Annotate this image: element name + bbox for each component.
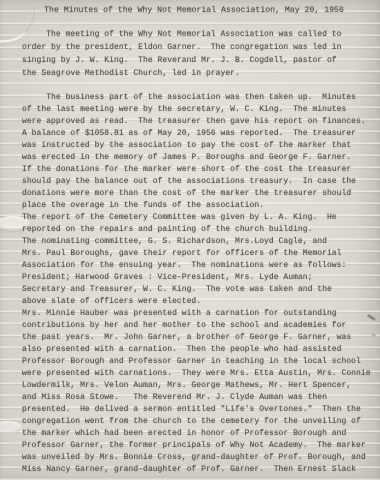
document-title: The Minutes of the Why Not Memorial Asso… xyxy=(22,4,366,17)
typed-text-content: The Minutes of the Why Not Memorial Asso… xyxy=(22,0,366,476)
text-line: The meeting of the Why Not Memorial Asso… xyxy=(22,28,366,41)
smudge-mark xyxy=(367,314,376,321)
paragraph-business: The business part of the association was… xyxy=(22,92,366,476)
text-line: Association for the ensuing year. The no… xyxy=(22,260,366,272)
text-line: also presented with a carnation. Then th… xyxy=(22,344,366,356)
text-line: should pay the balance out of the associ… xyxy=(22,176,366,188)
smudge-mark-small xyxy=(371,333,376,337)
text-line: singing by J. W. King. The Reverand Mr. … xyxy=(22,54,366,67)
text-line: Professor Borough and Professor Garner i… xyxy=(22,356,366,368)
text-line: Miss Nancy Garner, grand-daughter of Pro… xyxy=(22,464,366,476)
text-line: the Seagrove Methodist Church, led in pr… xyxy=(22,67,366,80)
text-line: A balance of $1058.81 as of May 20, 1956… xyxy=(22,128,366,140)
text-line: Lowdermilk, Mrs. Velon Auman, Mrs. Georg… xyxy=(22,380,366,392)
paragraph-opening: The meeting of the Why Not Memorial Asso… xyxy=(22,28,366,80)
text-line: was erected in the memory of James P. Bo… xyxy=(22,152,366,164)
text-line: were presented with carnations. They wer… xyxy=(22,368,366,380)
text-line: contributions by her and her mother to t… xyxy=(22,320,366,332)
embossed-mark-lower xyxy=(0,421,22,434)
text-line: donations were more than the cost of the… xyxy=(22,188,366,200)
text-line: Secretary and Treasurer, W. C. King. The… xyxy=(22,284,366,296)
document-page: The Minutes of the Why Not Memorial Asso… xyxy=(0,0,380,480)
text-line: were approved as read. The treasurer the… xyxy=(22,116,366,128)
text-line: above slate of officers were elected. xyxy=(22,296,366,308)
text-line: reported on the repairs and painting of … xyxy=(22,224,366,236)
text-line: the past years. Mr. John Garner, a broth… xyxy=(22,332,366,344)
text-line: President; Harwood Graves : Vice-Preside… xyxy=(22,272,366,284)
text-line: and Miss Rosa Stowe. The Reverend Mr. J.… xyxy=(22,392,366,404)
text-line: If the donations for the marker were sho… xyxy=(22,164,366,176)
text-line: Mrs. Minnie Hauber was presented with a … xyxy=(22,308,366,320)
text-line: the marker which had been erected in hon… xyxy=(22,428,366,440)
text-line: of the last meeting were by the secretar… xyxy=(22,104,366,116)
text-line: Professor Garner, the former principals … xyxy=(22,440,366,452)
text-line: Mrs. Paul Boroughs, gave their report fo… xyxy=(22,248,366,260)
text-line: was unveiled by Mrs. Bonnie Cross, grand… xyxy=(22,452,366,464)
text-line: was instructed by the association to pay… xyxy=(22,140,366,152)
text-line: The nominating committee, G. S. Richards… xyxy=(22,236,366,248)
text-line: place the overage in the funds of the as… xyxy=(22,200,366,212)
text-line: The business part of the association was… xyxy=(22,92,366,104)
text-line: congregation went from the church to the… xyxy=(22,416,366,428)
text-line: presented. He delived a sermon entitled … xyxy=(22,404,366,416)
text-line: order by the president, Eldon Garner. Th… xyxy=(22,41,366,54)
paper-crease-secondary xyxy=(0,25,25,43)
text-line: The report of the Cemetery Committee was… xyxy=(22,212,366,224)
